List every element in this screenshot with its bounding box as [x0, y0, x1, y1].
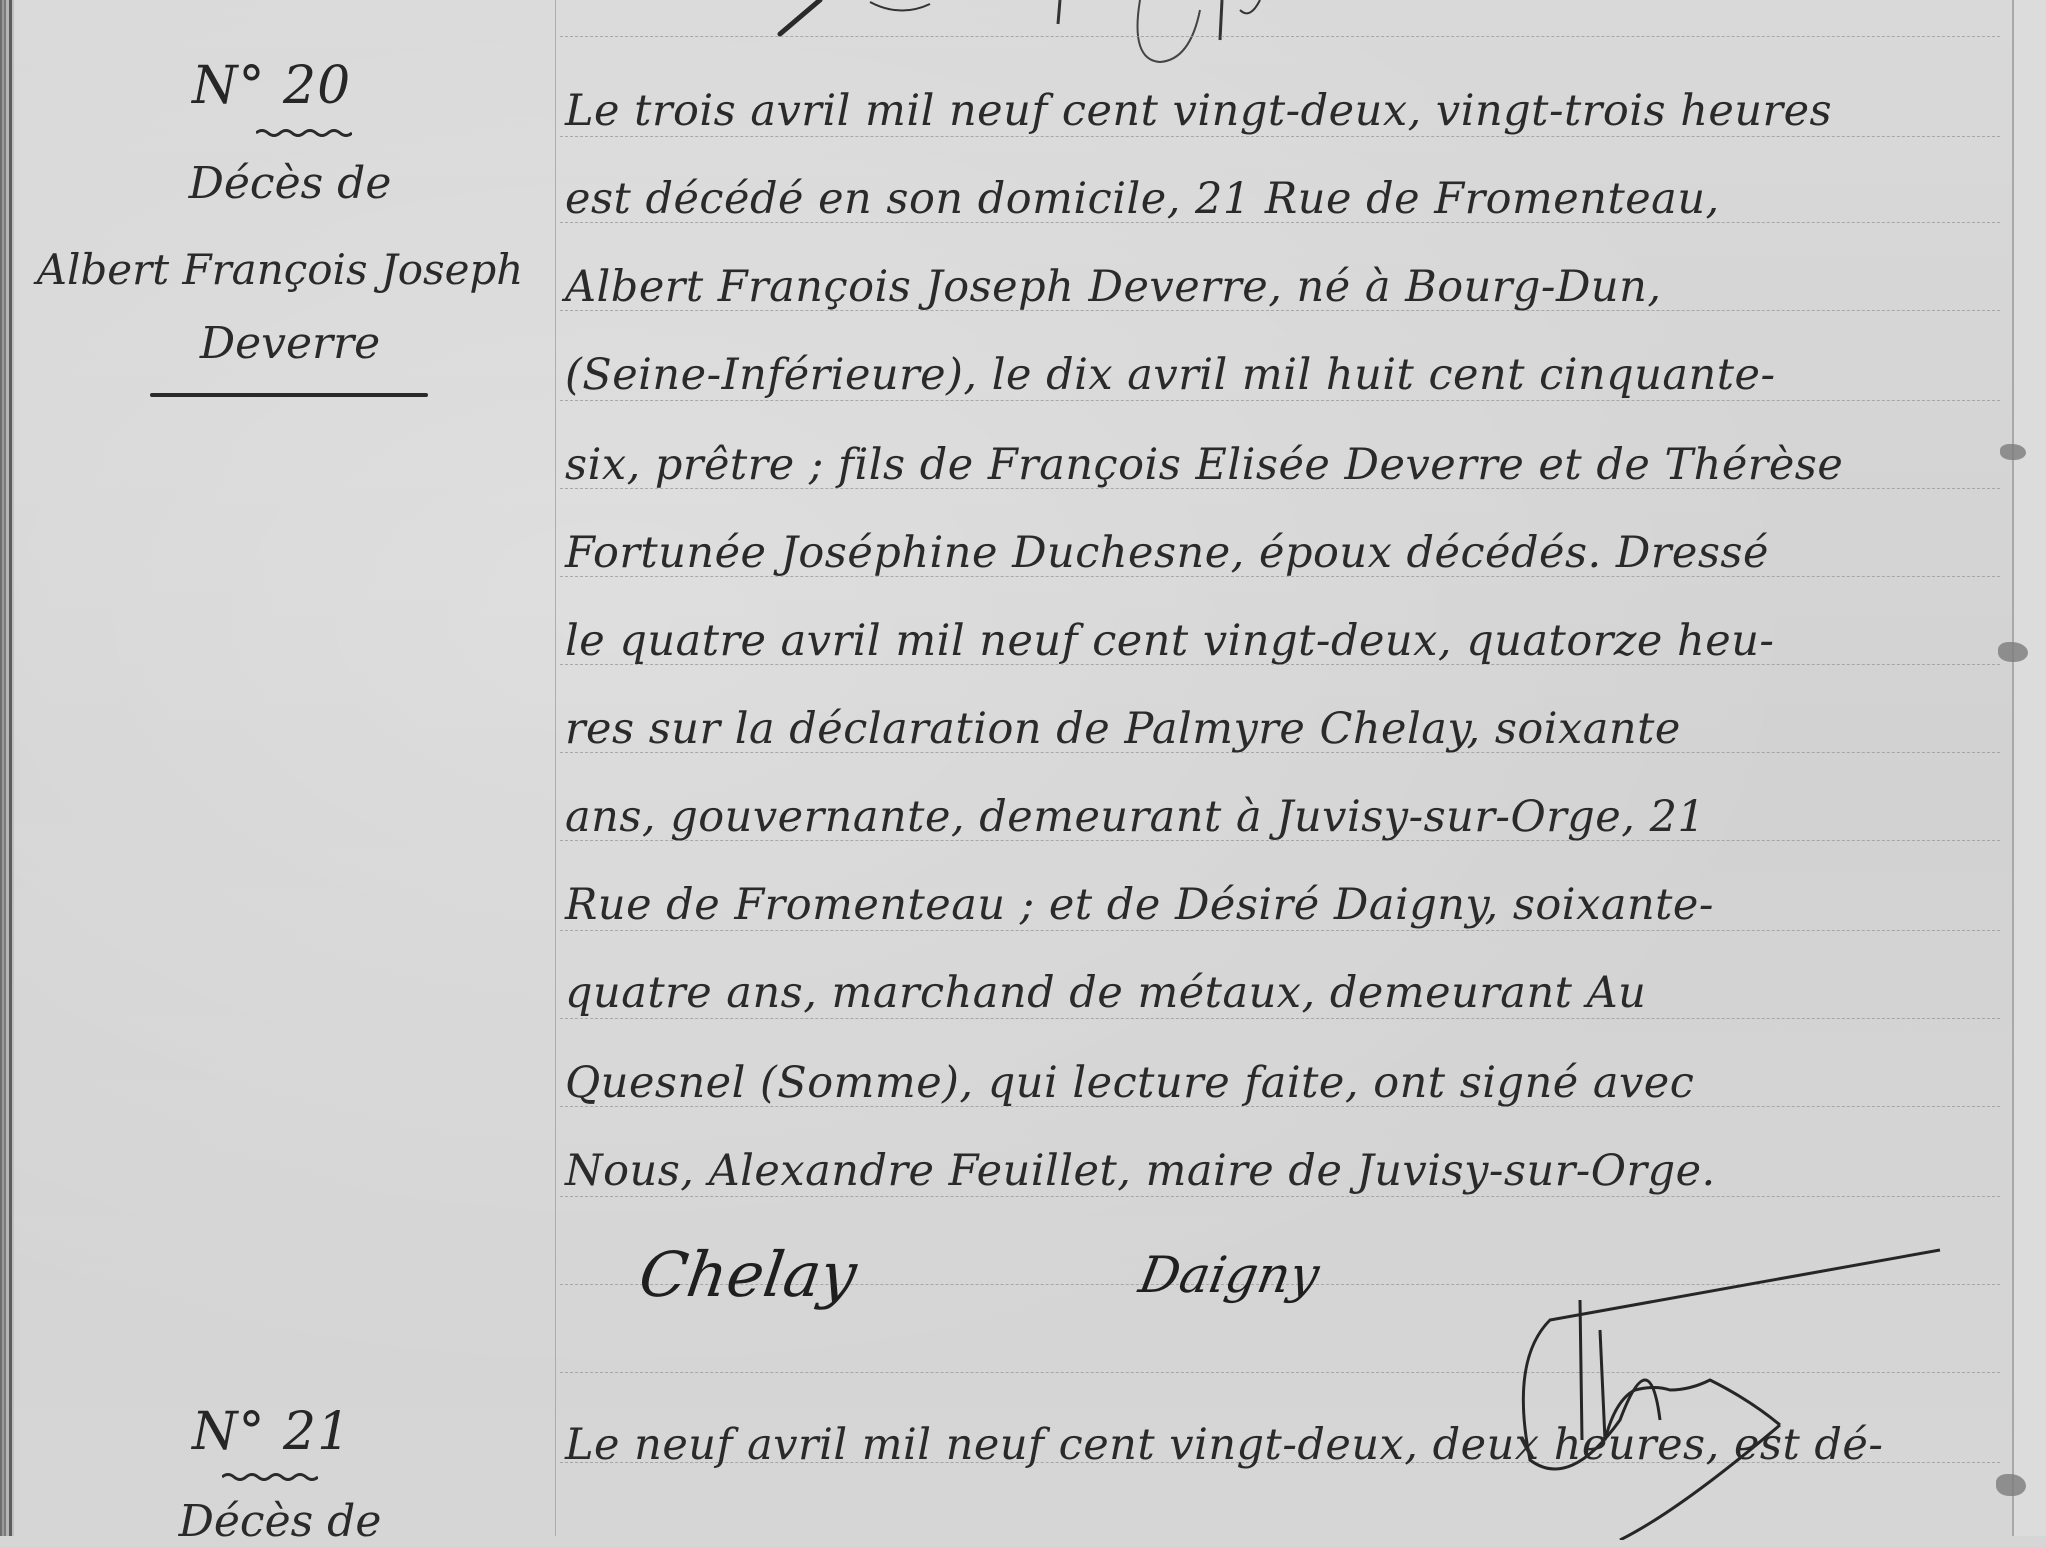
body-line: Le neuf avril mil neuf cent vingt-deux, …: [565, 1420, 1883, 1470]
ruled-line: [560, 1018, 2000, 1020]
wavy-underline-icon: [222, 1472, 318, 1482]
ink-stain: [1996, 1474, 2026, 1496]
deceased-surname-margin: Deverre: [160, 318, 420, 369]
body-line: Albert François Joseph Deverre, né à Bou…: [565, 262, 1661, 312]
margin-rule: [555, 0, 556, 1536]
ruled-line: [560, 930, 2000, 932]
body-line: Quesnel (Somme), qui lecture faite, ont …: [565, 1058, 1694, 1108]
wavy-underline-icon: [256, 128, 352, 138]
signature-daigny: Daigny: [1135, 1246, 1324, 1304]
body-line: res sur la déclaration de Palmyre Chelay…: [565, 704, 1681, 754]
entry-number: N° 21: [192, 1402, 351, 1462]
previous-signature-fragment: [760, 0, 1300, 70]
body-line: est décédé en son domicile, 21 Rue de Fr…: [565, 174, 1720, 224]
body-line: Le trois avril mil neuf cent vingt-deux,…: [565, 86, 1832, 136]
ruled-line: [560, 1196, 2000, 1198]
body-line: quatre ans, marchand de métaux, demeuran…: [565, 968, 1646, 1018]
register-page: N° 20 Décès de Albert François Joseph De…: [0, 0, 2046, 1536]
margin-title: Décès de: [150, 1496, 410, 1536]
mayor-signature-paraph-icon: [1420, 1240, 1980, 1536]
ink-stain: [1998, 642, 2028, 662]
page-binding: [0, 0, 14, 1536]
body-line: (Seine-Inférieure), le dix avril mil hui…: [565, 350, 1775, 400]
deceased-name-margin: Albert François Joseph: [10, 245, 550, 294]
ruled-line: [560, 400, 2000, 402]
body-line: ans, gouvernante, demeurant à Juvisy-sur…: [565, 792, 1705, 842]
name-underline: [150, 393, 428, 397]
ruled-line: [560, 136, 2000, 138]
signature-chelay: Chelay: [635, 1238, 861, 1311]
body-line: Nous, Alexandre Feuillet, maire de Juvis…: [565, 1146, 1716, 1196]
margin-title: Décès de: [160, 158, 420, 209]
body-line: le quatre avril mil neuf cent vingt-deux…: [565, 616, 1774, 666]
body-line: Rue de Fromenteau ; et de Désiré Daigny,…: [565, 880, 1714, 930]
ruled-line: [560, 36, 2000, 38]
adjacent-page-strip: [2014, 0, 2046, 1536]
entry-number: N° 20: [192, 56, 351, 116]
body-line: six, prêtre ; fils de François Elisée De…: [565, 440, 1843, 490]
ink-stain: [2000, 444, 2026, 460]
body-line: Fortunée Joséphine Duchesne, époux décéd…: [565, 528, 1769, 578]
